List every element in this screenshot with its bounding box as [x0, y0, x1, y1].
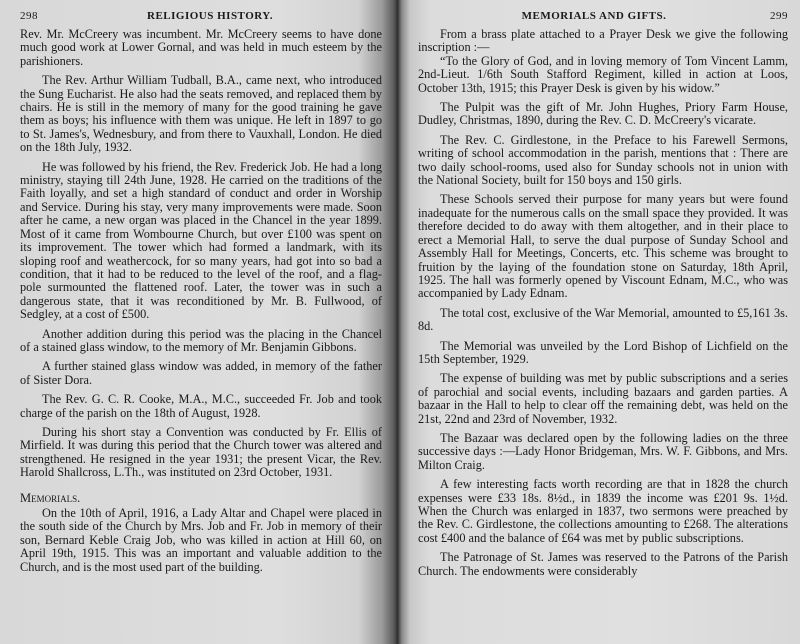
paragraph: During his short stay a Convention was c… [20, 426, 382, 480]
left-page-body: Rev. Mr. McCreery was incumbent. Mr. McC… [20, 28, 382, 574]
paragraph: The total cost, exclusive of the War Mem… [418, 307, 788, 334]
paragraph: The Bazaar was declared open by the foll… [418, 432, 788, 472]
paragraph: On the 10th of April, 1916, a Lady Altar… [20, 507, 382, 574]
paragraph: Rev. Mr. McCreery was incumbent. Mr. McC… [20, 28, 382, 68]
paragraph: The Rev. C. Girdlestone, in the Preface … [418, 134, 788, 188]
paragraph: The Rev. Arthur William Tudball, B.A., c… [20, 74, 382, 154]
running-head: RELIGIOUS HISTORY. [38, 10, 382, 22]
right-page: MEMORIALS AND GIFTS. 299 From a brass pl… [398, 0, 800, 644]
paragraph: He was followed by his friend, the Rev. … [20, 161, 382, 322]
paragraph: The Pulpit was the gift of Mr. John Hugh… [418, 101, 788, 128]
section-heading: Memorials. [20, 492, 382, 505]
paragraph: A few interesting facts worth recording … [418, 478, 788, 545]
paragraph: From a brass plate attached to a Prayer … [418, 28, 788, 55]
paragraph: The expense of building was met by publi… [418, 372, 788, 426]
page-number: 298 [20, 10, 38, 22]
running-head: MEMORIALS AND GIFTS. [418, 10, 770, 22]
paragraph: These Schools served their purpose for m… [418, 193, 788, 300]
paragraph: “To the Glory of God, and in loving memo… [418, 55, 788, 95]
paragraph: The Patronage of St. James was reserved … [418, 551, 788, 578]
paragraph: Another addition during this period was … [20, 328, 382, 355]
left-page: 298 RELIGIOUS HISTORY. Rev. Mr. McCreery… [0, 0, 398, 644]
left-page-header: 298 RELIGIOUS HISTORY. [20, 10, 382, 28]
right-page-body: From a brass plate attached to a Prayer … [418, 28, 788, 578]
paragraph: The Rev. G. C. R. Cooke, M.A., M.C., suc… [20, 393, 382, 420]
paragraph: The Memorial was unveiled by the Lord Bi… [418, 340, 788, 367]
book-spread: 298 RELIGIOUS HISTORY. Rev. Mr. McCreery… [0, 0, 800, 644]
page-number: 299 [770, 10, 788, 22]
paragraph: A further stained glass window was added… [20, 360, 382, 387]
right-page-header: MEMORIALS AND GIFTS. 299 [418, 10, 788, 28]
